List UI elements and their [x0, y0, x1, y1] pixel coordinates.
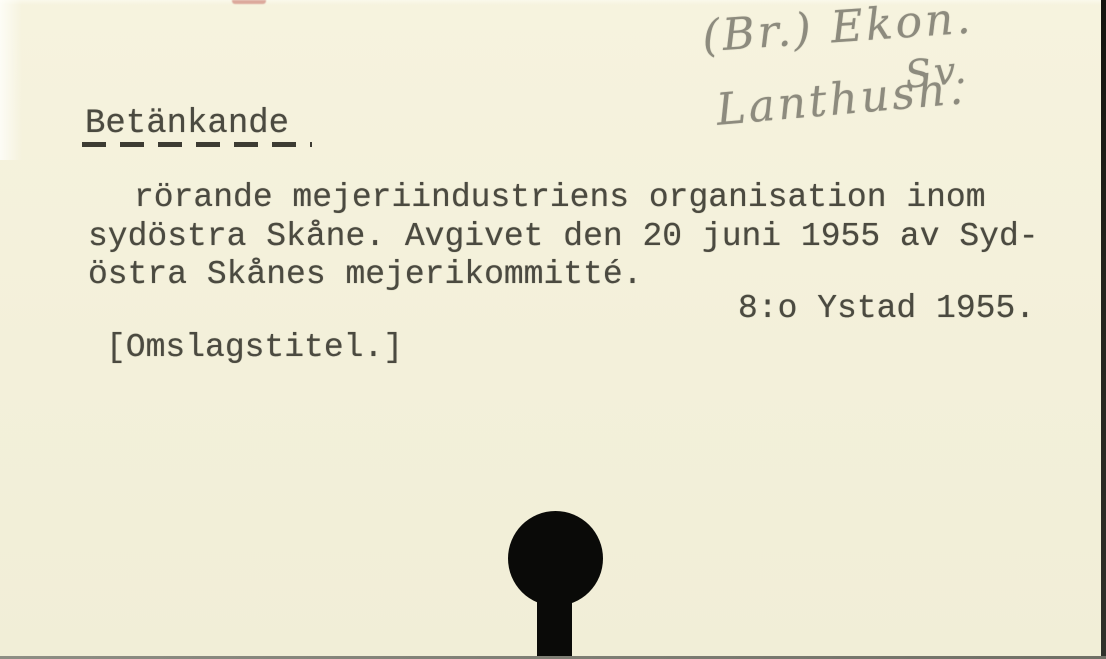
scan-edge-right: [1101, 0, 1106, 659]
catalog-card-scan: (Br.) Ekon. Sv. Lanthush. Betänkande rör…: [0, 0, 1106, 659]
cover-title-note: [Omslagstitel.]: [106, 329, 403, 366]
heading-dashed-underline: [82, 142, 312, 147]
handwritten-classification-line-3: Lanthush.: [714, 63, 968, 136]
red-ink-smudge: [232, 0, 266, 4]
punch-hole-stem: [537, 588, 572, 659]
body-line: sydöstra Skåne. Avgivet den 20 juni 1955…: [88, 218, 1039, 257]
body-line: östra Skånes mejerikommitté.: [88, 256, 1039, 295]
card-body: rörande mejeriindustriens organisation i…: [88, 179, 1039, 295]
imprint-line: 8:o Ystad 1955.: [738, 290, 1035, 327]
scan-margin-topleft: [0, 0, 22, 160]
body-line: rörande mejeriindustriens organisation i…: [88, 179, 1039, 218]
card-heading: Betänkande: [85, 105, 289, 143]
